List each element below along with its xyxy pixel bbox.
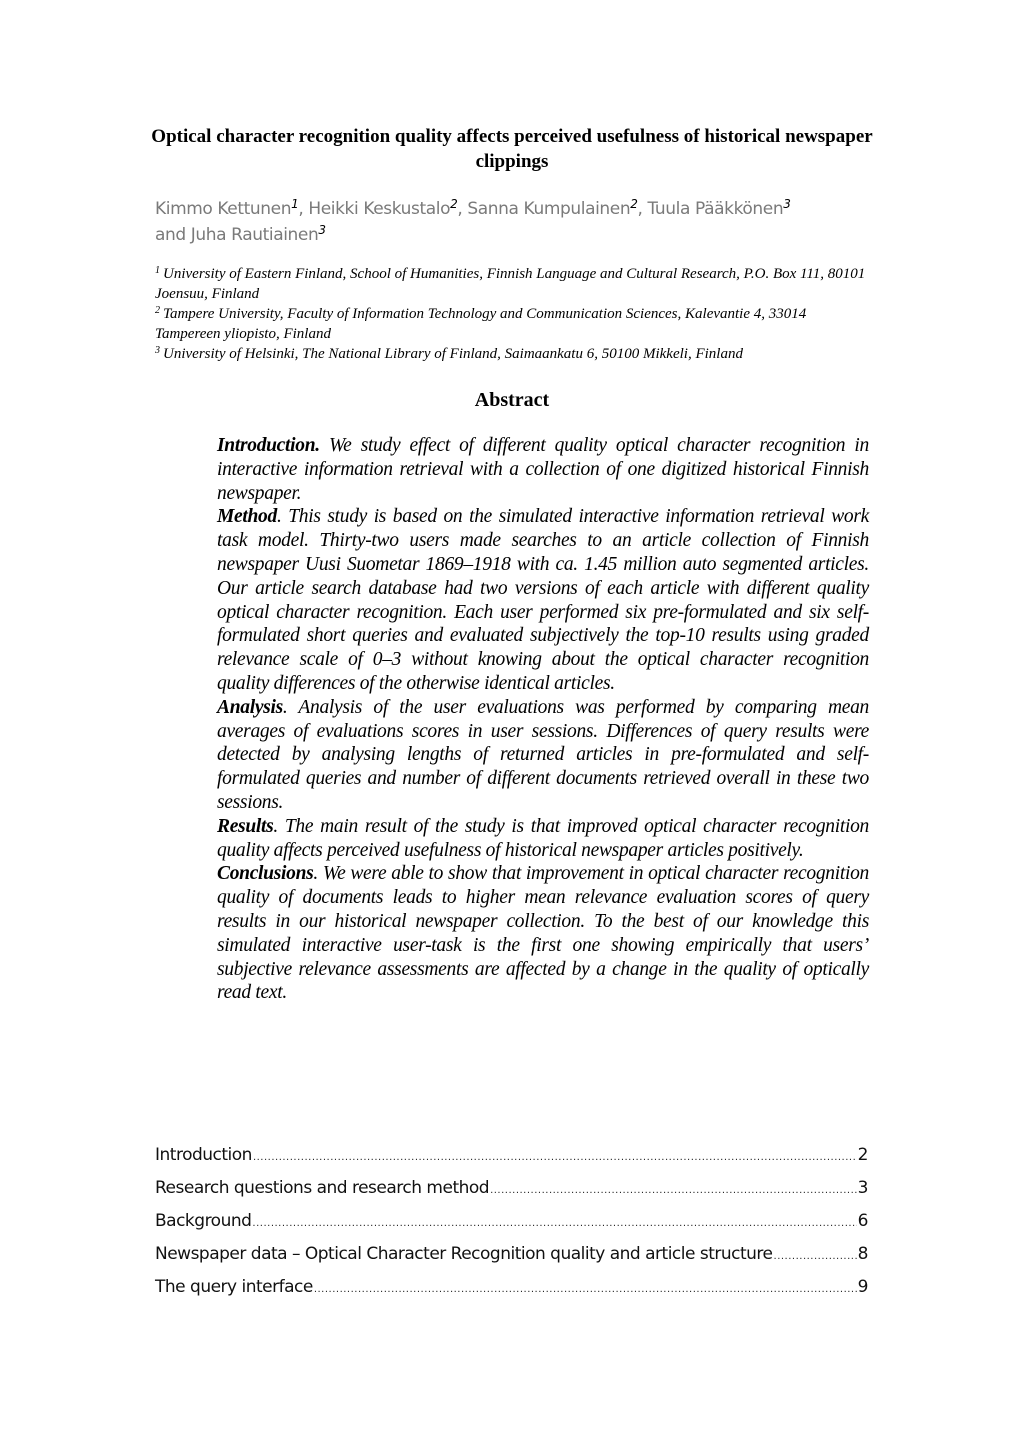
dot-leader: ........................................… <box>252 1218 856 1229</box>
toc-entry-background[interactable]: Background..............................… <box>155 1211 868 1244</box>
author: Kimmo Kettunen1 <box>155 199 298 219</box>
abstract-analysis: Analysis. Analysis of the user evaluatio… <box>217 696 869 815</box>
abstract-introduction: Introduction. We study effect of differe… <box>217 434 869 505</box>
toc-entry-research-questions[interactable]: Research questions and research method..… <box>155 1178 868 1211</box>
author: Sanna Kumpulainen2 <box>467 199 637 219</box>
document-page: Optical character recognition quality af… <box>0 0 1024 1449</box>
affiliation: 1University of Eastern Finland, School o… <box>155 264 875 304</box>
abstract-heading: Abstract <box>150 387 874 413</box>
paper-title: Optical character recognition quality af… <box>150 124 874 174</box>
table-of-contents: Introduction............................… <box>155 1145 868 1310</box>
author: Tuula Pääkkönen3 <box>648 199 791 219</box>
dot-leader: ........................................… <box>774 1251 857 1262</box>
dot-leader: ........................................… <box>490 1185 857 1196</box>
dot-leader: ........................................… <box>314 1284 857 1295</box>
author-list: Kimmo Kettunen1, Heikki Keskustalo2, San… <box>155 196 875 248</box>
toc-entry-query-interface[interactable]: The query interface.....................… <box>155 1277 868 1310</box>
affiliation: 3University of Helsinki, The National Li… <box>155 344 875 364</box>
author: Heikki Keskustalo2 <box>308 199 457 219</box>
abstract-method: Method. This study is based on the simul… <box>217 505 869 695</box>
toc-entry-introduction[interactable]: Introduction............................… <box>155 1145 868 1178</box>
abstract-body: Introduction. We study effect of differe… <box>217 434 869 1005</box>
dot-leader: ........................................… <box>253 1152 857 1163</box>
affiliation: 2Tampere University, Faculty of Informat… <box>155 304 875 344</box>
abstract-conclusions: Conclusions. We were able to show that i… <box>217 862 869 1005</box>
affiliation-list: 1University of Eastern Finland, School o… <box>155 264 875 364</box>
author: Juha Rautiainen3 <box>191 225 326 245</box>
abstract-results: Results. The main result of the study is… <box>217 815 869 863</box>
toc-entry-newspaper-data[interactable]: Newspaper data – Optical Character Recog… <box>155 1244 868 1277</box>
